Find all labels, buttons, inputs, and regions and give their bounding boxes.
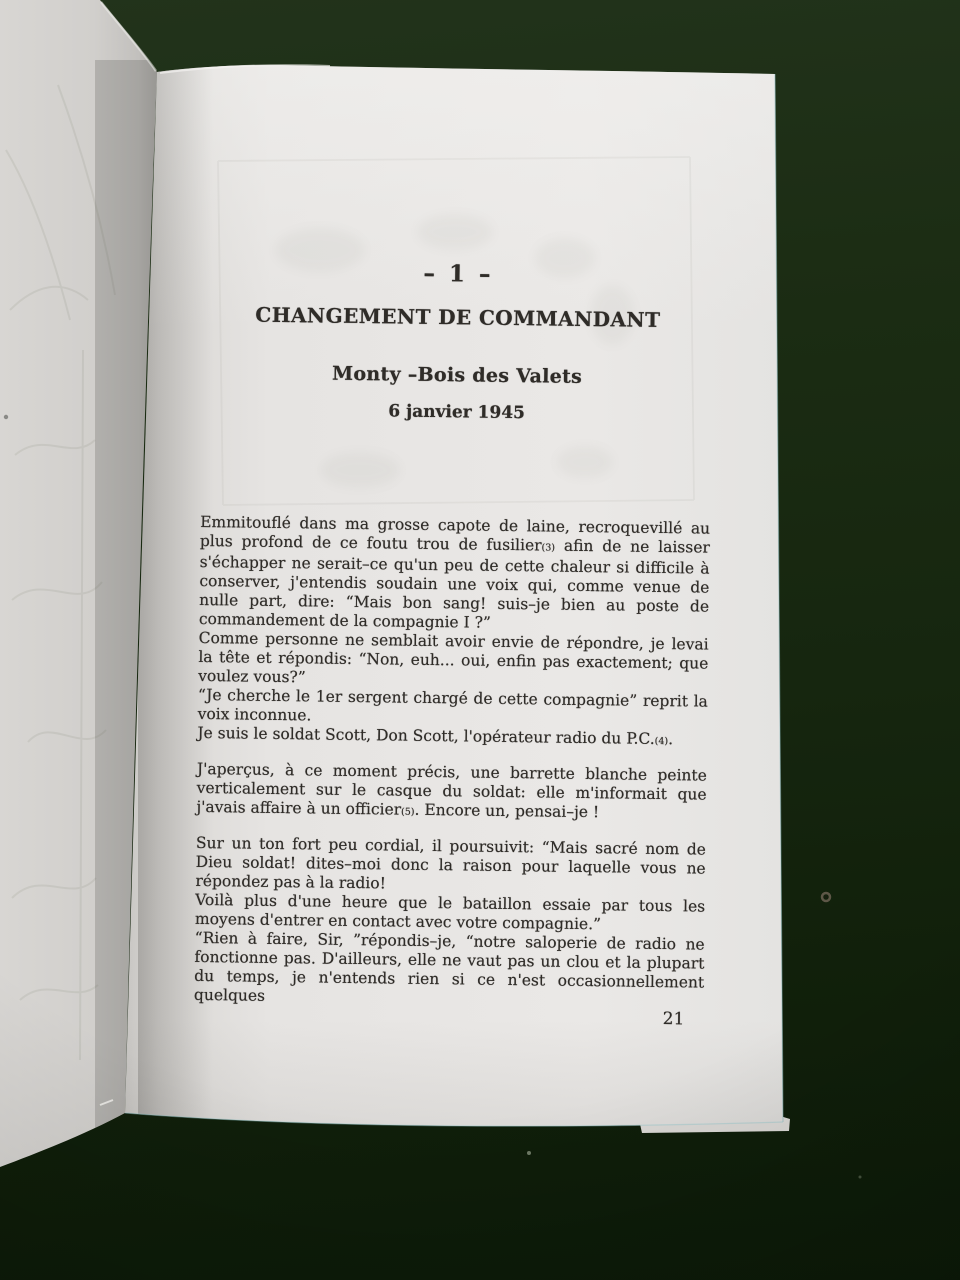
- ring-speck: [822, 893, 830, 901]
- paragraph: J'aperçus, à ce moment précis, une barre…: [196, 760, 707, 826]
- text-segment: .: [668, 730, 673, 748]
- page-number: 21: [663, 1009, 685, 1029]
- left-page-fleck: [4, 415, 8, 419]
- paragraph: “Je cherche le 1er sergent chargé de cet…: [198, 686, 708, 731]
- chapter-title: CHANGEMENT DE COMMANDANT: [203, 302, 713, 333]
- text-segment: “Rien à faire, Sir, ”répondis–je, “notre…: [194, 929, 705, 1005]
- book-photo-scene: – 1 – CHANGEMENT DE COMMANDANT Monty –Bo…: [0, 0, 960, 1280]
- paragraph: Emmitouflé dans ma grosse capote de lain…: [199, 513, 710, 636]
- footnote-marker: (4): [655, 736, 669, 747]
- body-text: Emmitouflé dans ma grosse capote de lain…: [194, 513, 710, 1012]
- chapter-number: – 1 –: [203, 257, 713, 291]
- text-segment: Voilà plus d'une heure que le bataillon …: [195, 891, 705, 933]
- text-segment: “Je cherche le 1er sergent chargé de cet…: [198, 686, 708, 724]
- paragraph: Voilà plus d'une heure que le bataillon …: [195, 891, 705, 936]
- text-segment: Comme personne ne semblait avoir envie d…: [198, 629, 709, 686]
- chapter-subtitle: Monty –Bois des Valets: [202, 361, 712, 390]
- text-segment: . Encore un, pensai–je !: [414, 801, 599, 821]
- paragraph: “Rien à faire, Sir, ”répondis–je, “notre…: [194, 929, 705, 1012]
- footnote-marker: (5): [401, 807, 415, 818]
- paragraph: Sur un ton fort peu cordial, il poursuiv…: [195, 834, 706, 898]
- chapter-date: 6 janvier 1945: [202, 399, 712, 426]
- footnote-marker: (3): [541, 542, 555, 553]
- paragraph: Comme personne ne semblait avoir envie d…: [198, 629, 709, 693]
- page-content: – 1 – CHANGEMENT DE COMMANDANT Monty –Bo…: [190, 0, 717, 1280]
- dust-speck: [859, 1176, 862, 1179]
- text-segment: Sur un ton fort peu cordial, il poursuiv…: [195, 834, 706, 892]
